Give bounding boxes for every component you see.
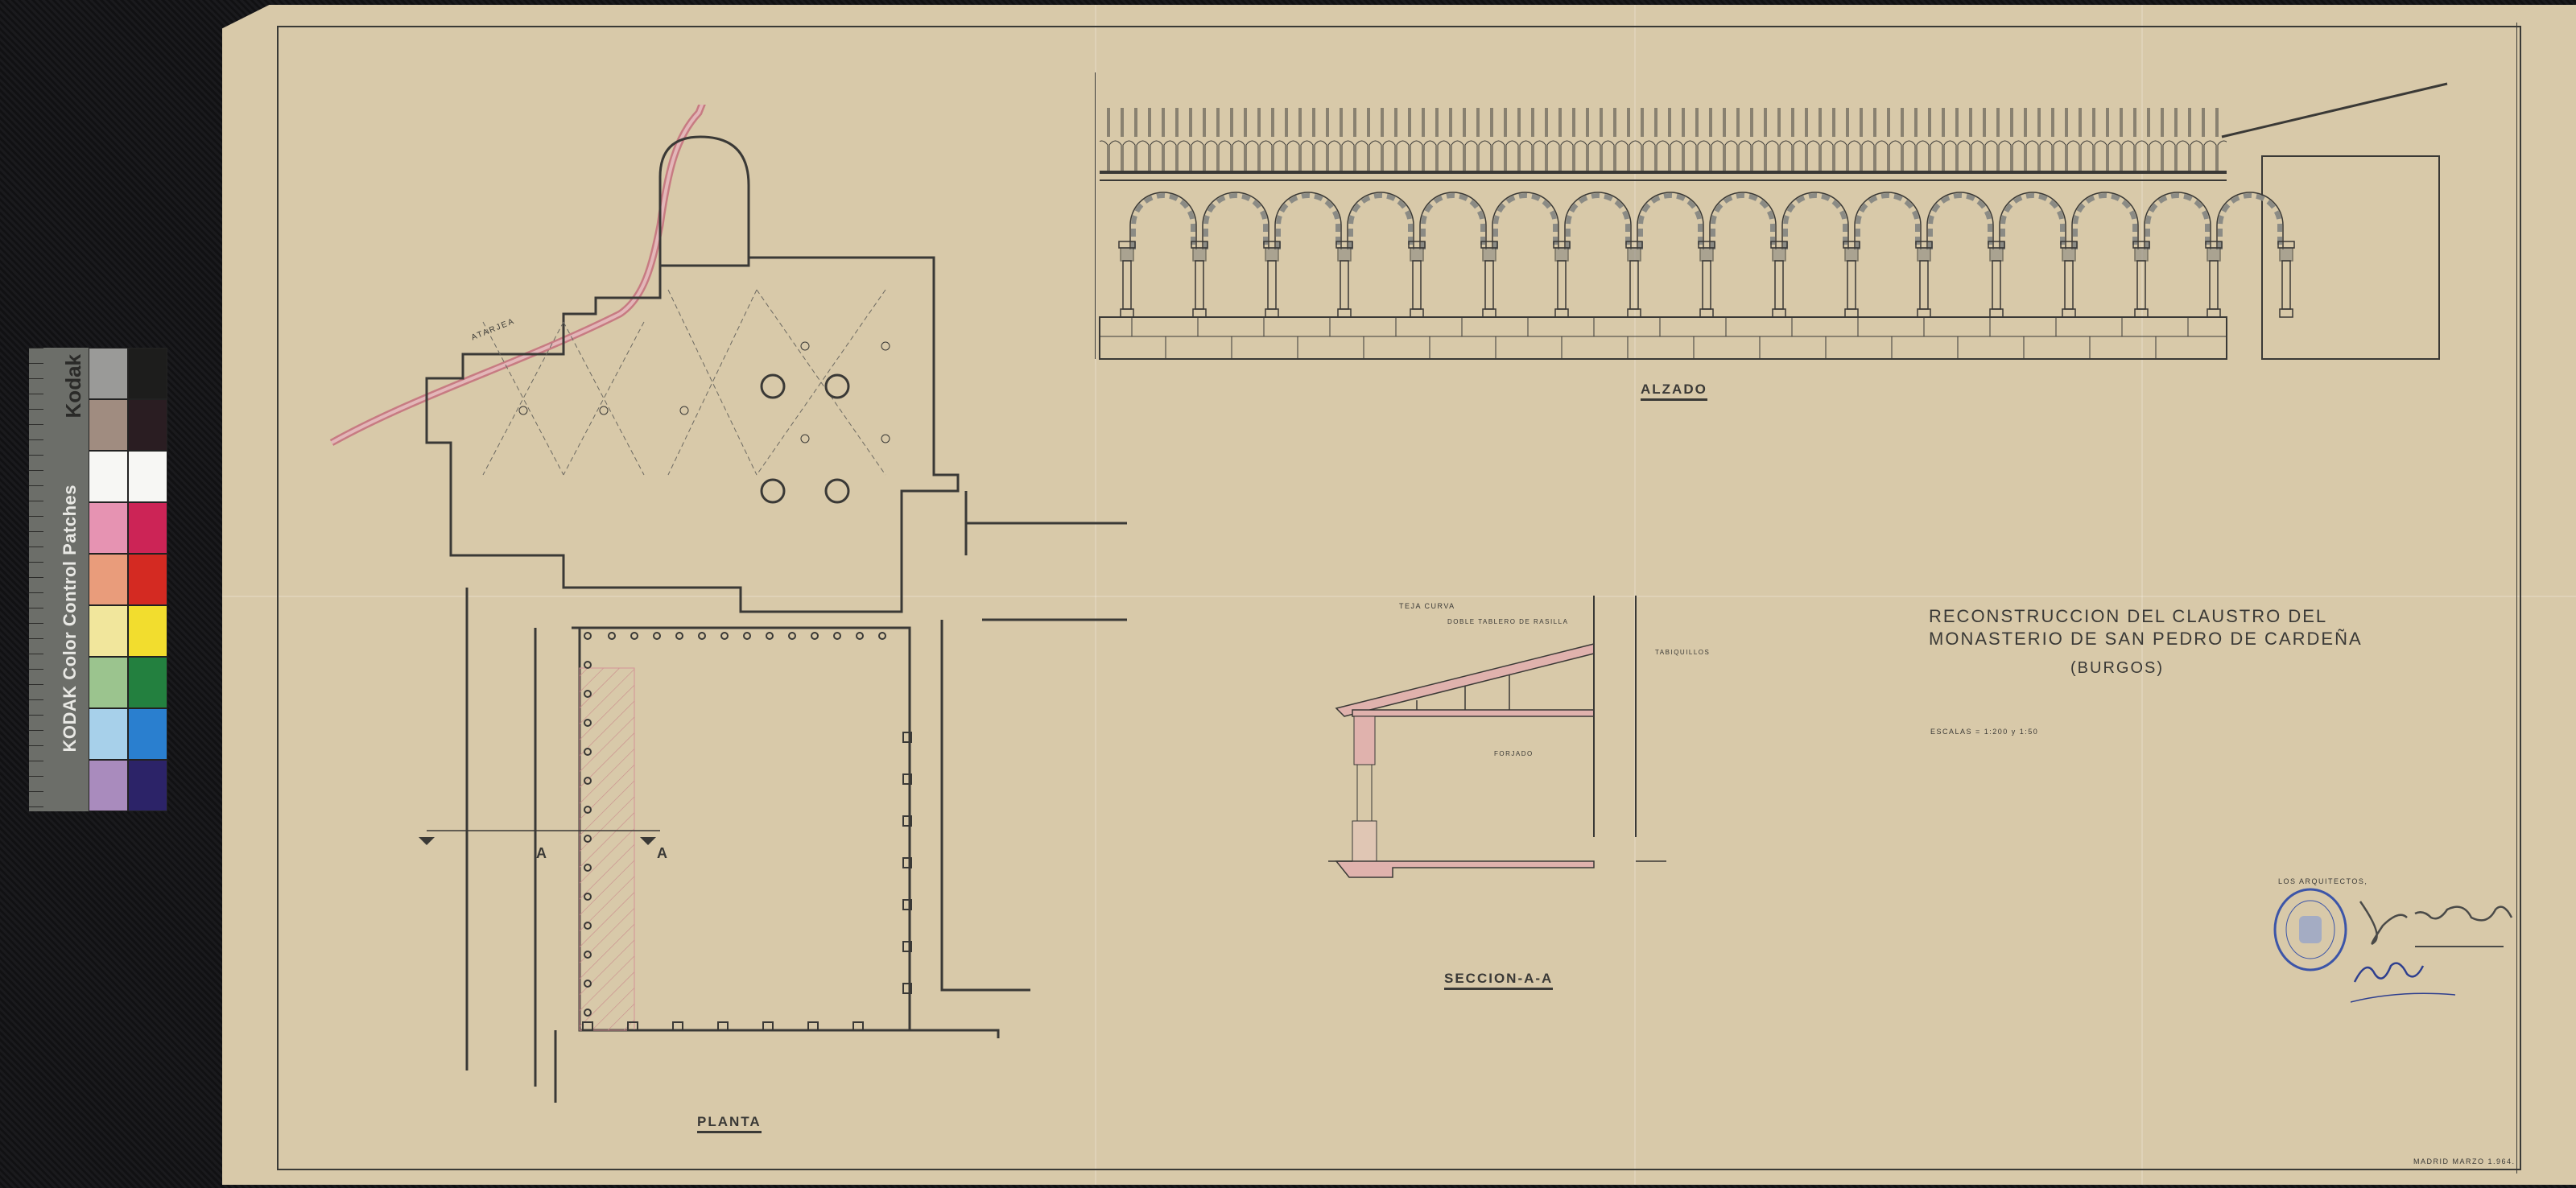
color-patch-white-dark xyxy=(128,451,167,502)
date-place: MADRID MARZO 1.964. xyxy=(2413,1157,2516,1165)
kodak-brand: Kodak xyxy=(61,354,86,418)
color-patch-red-dark xyxy=(128,554,167,605)
section-marker-right: A xyxy=(657,845,667,862)
color-patch-magenta-dark xyxy=(128,502,167,554)
scales-note: ESCALAS = 1:200 y 1:50 xyxy=(1930,728,2038,736)
elevation-label: ALZADO xyxy=(1641,382,1707,401)
color-patch-cyan-dark xyxy=(128,708,167,760)
plan-label: PLANTA xyxy=(697,1114,762,1133)
title-location: (BURGOS) xyxy=(2070,657,2164,679)
color-patch-red-light xyxy=(89,554,128,605)
annotation-tabiquillos: TABIQUILLOS xyxy=(1655,649,1710,656)
kodak-ruler: Kodak KODAK Color Control Patches xyxy=(29,348,89,811)
color-patch-3-color-dark xyxy=(128,399,167,451)
annotation-teja-curva: TEJA CURVA xyxy=(1399,602,1455,610)
ruler-ticks xyxy=(29,348,43,811)
color-patch-3-color-light xyxy=(89,399,128,451)
color-patch-magenta-light xyxy=(89,502,128,554)
color-patch-cyan-light xyxy=(89,708,128,760)
color-patch-blue-light xyxy=(89,760,128,811)
kodak-color-target: Kodak KODAK Color Control Patches xyxy=(29,348,167,811)
section-marker-left: A xyxy=(536,845,547,862)
color-patches xyxy=(89,348,167,811)
title-line-1: RECONSTRUCCION DEL CLAUSTRO DEL xyxy=(1929,605,2327,628)
annotation-forjado: FORJADO xyxy=(1494,750,1534,757)
color-patch-blue-dark xyxy=(128,760,167,811)
color-patch-yellow-dark xyxy=(128,605,167,657)
elevation-drawing xyxy=(1095,72,2495,362)
color-patch-green-dark xyxy=(128,657,167,708)
section-label: SECCION-A-A xyxy=(1444,971,1553,990)
color-patch-white-light xyxy=(89,451,128,502)
title-line-2: MONASTERIO DE SAN PEDRO DE CARDEÑA xyxy=(1929,628,2363,650)
color-patch-yellow-light xyxy=(89,605,128,657)
kodak-title: KODAK Color Control Patches xyxy=(60,485,80,753)
color-patch-green-light xyxy=(89,657,128,708)
plan-drawing xyxy=(322,105,1240,1103)
color-patch-black-dark xyxy=(128,348,167,399)
architects-label: LOS ARQUITECTOS, xyxy=(2278,877,2368,885)
signatures xyxy=(2351,885,2536,1006)
official-stamp xyxy=(2270,885,2351,974)
color-patch-black-light xyxy=(89,348,128,399)
annotation-doble-tablero: DOBLE TABLERO DE RASILLA xyxy=(1447,618,1568,625)
